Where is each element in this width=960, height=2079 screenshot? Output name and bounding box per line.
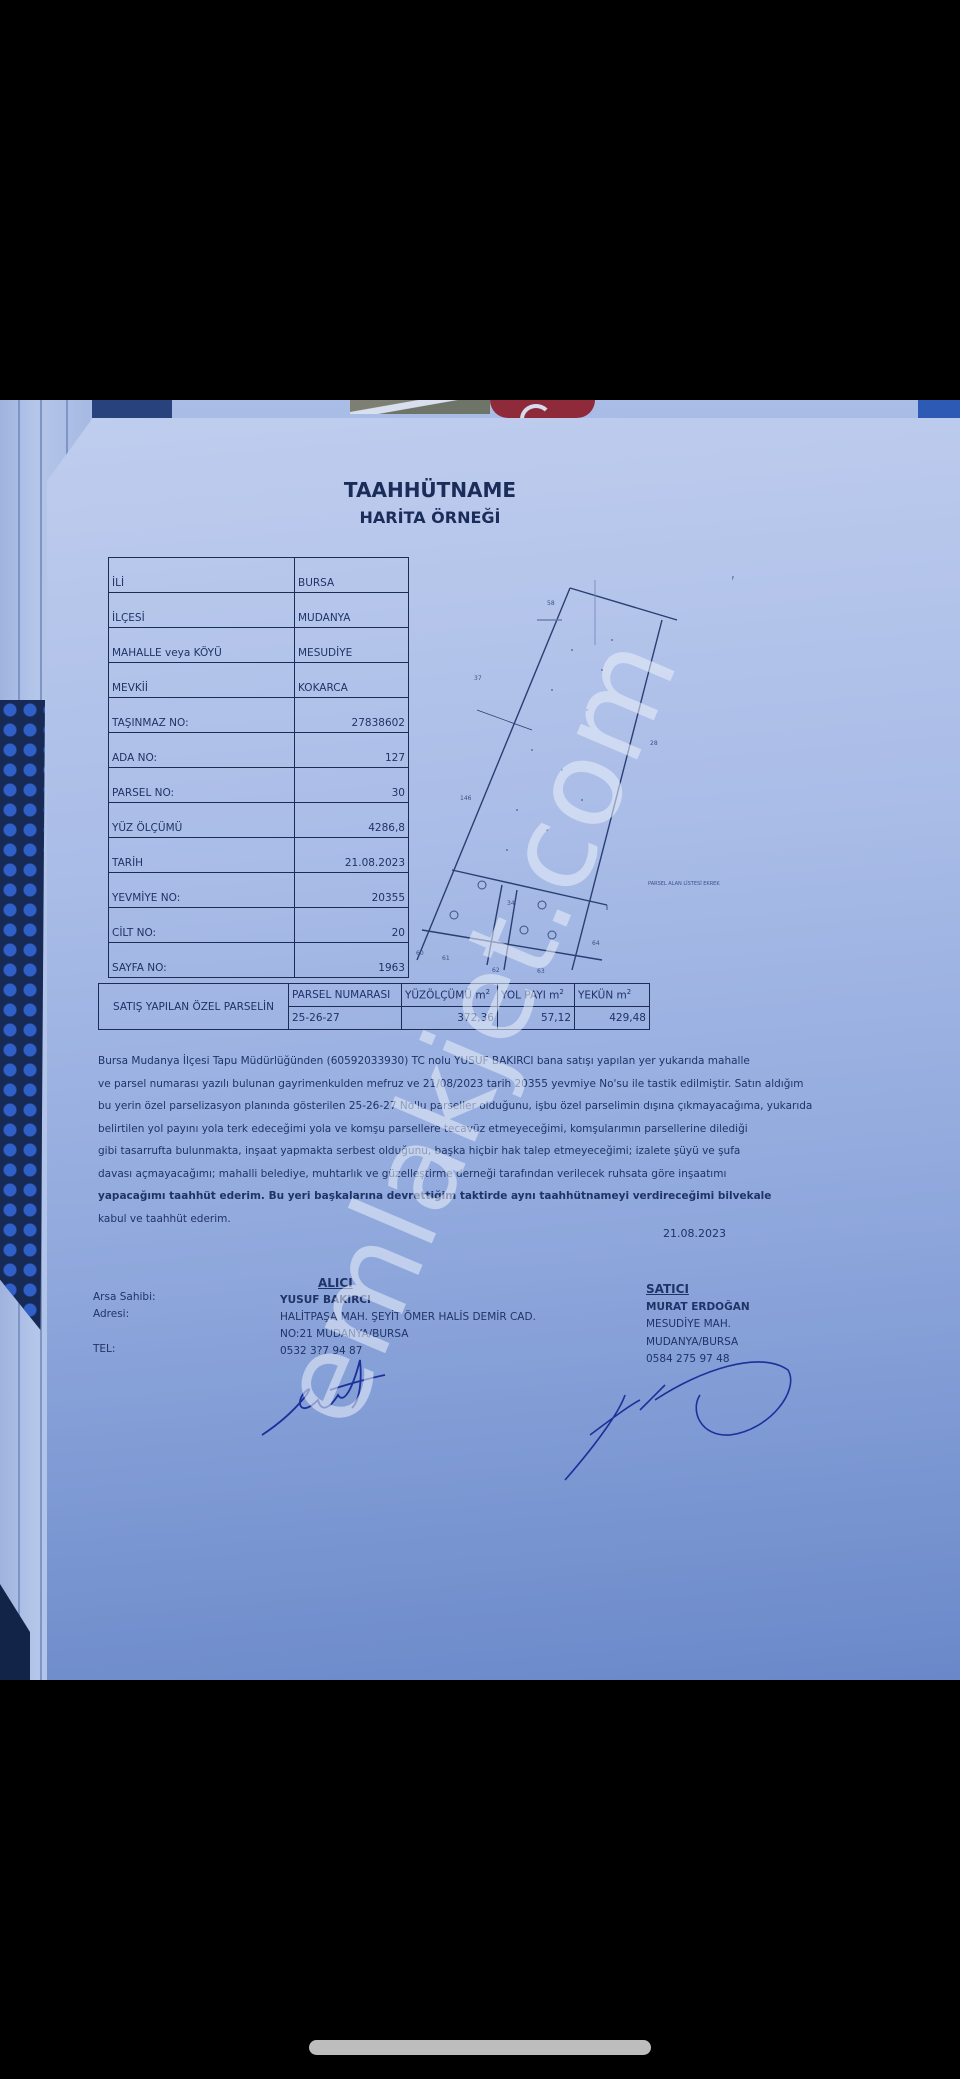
info-value: MUDANYA (295, 593, 409, 628)
background-tile (918, 400, 960, 418)
info-value: 27838602 (295, 698, 409, 733)
info-label: PARSEL NO: (109, 768, 295, 803)
info-value: 1963 (295, 943, 409, 978)
info-label: TARİH (109, 838, 295, 873)
svg-text:60: 60 (416, 950, 424, 957)
info-label: ADA NO: (109, 733, 295, 768)
patterned-fabric (0, 700, 45, 1330)
info-row: İLİBURSA (109, 558, 409, 593)
info-label: SAYFA NO: (109, 943, 295, 978)
info-row: PARSEL NO:30 (109, 768, 409, 803)
parcel-number-value: 25-26-27 (289, 1007, 402, 1030)
home-indicator[interactable] (309, 2040, 651, 2055)
info-value: 20355 (295, 873, 409, 908)
info-row: CİLT NO:20 (109, 908, 409, 943)
seller-address-line2: MUDANYA/BURSA (646, 1334, 750, 1352)
seller-name: MURAT ERDOĞAN (646, 1299, 750, 1317)
svg-text:N: N (732, 576, 734, 582)
svg-text:58: 58 (547, 600, 555, 607)
info-row: YÜZ ÖLÇÜMÜ4286,8 (109, 803, 409, 838)
info-value: 4286,8 (295, 803, 409, 838)
info-value: BURSA (295, 558, 409, 593)
seller-heading: SATICI (646, 1281, 750, 1299)
address-label: Adresi: (93, 1308, 129, 1320)
header-parcel-number: PARSEL NUMARASI (289, 984, 402, 1007)
info-value: MESUDİYE (295, 628, 409, 663)
red-crescent-logo (490, 400, 595, 418)
document-date: 21.08.2023 (663, 1227, 726, 1240)
info-row: İLÇESİMUDANYA (109, 593, 409, 628)
info-label: İLİ (109, 558, 295, 593)
svg-text:146: 146 (460, 795, 472, 802)
info-value: KOKARCA (295, 663, 409, 698)
seller-phone: 0584 275 97 48 (646, 1351, 750, 1369)
info-row: MAHALLE veya KÖYÜMESUDİYE (109, 628, 409, 663)
info-value: 21.08.2023 (295, 838, 409, 873)
info-row: MEVKİİKOKARCA (109, 663, 409, 698)
svg-text:37: 37 (474, 675, 482, 682)
info-row: YEVMİYE NO:20355 (109, 873, 409, 908)
tel-label: TEL: (93, 1343, 115, 1355)
info-value: 20 (295, 908, 409, 943)
seller-address-line1: MESUDİYE MAH. (646, 1316, 750, 1334)
info-label: MAHALLE veya KÖYÜ (109, 628, 295, 663)
info-row: TARİH21.08.2023 (109, 838, 409, 873)
background-object (350, 400, 490, 414)
info-label: CİLT NO: (109, 908, 295, 943)
info-label: YÜZ ÖLÇÜMÜ (109, 803, 295, 838)
info-label: TAŞINMAZ NO: (109, 698, 295, 733)
svg-text:64: 64 (592, 940, 600, 947)
seller-block: SATICI MURAT ERDOĞAN MESUDİYE MAH. MUDAN… (646, 1281, 750, 1369)
info-label: MEVKİİ (109, 663, 295, 698)
info-value: 127 (295, 733, 409, 768)
property-info-table: İLİBURSAİLÇESİMUDANYAMAHALLE veya KÖYÜME… (108, 557, 409, 978)
total-value: 429,48 (575, 1007, 650, 1030)
svg-text:PARSEL ALAN LİSTESİ EKREK: PARSEL ALAN LİSTESİ EKREK (648, 880, 720, 887)
sale-parcel-label: SATIŞ YAPILAN ÖZEL PARSELİN (99, 984, 289, 1030)
info-label: İLÇESİ (109, 593, 295, 628)
info-row: TAŞINMAZ NO:27838602 (109, 698, 409, 733)
info-row: ADA NO:127 (109, 733, 409, 768)
owner-label: Arsa Sahibi: (93, 1291, 156, 1303)
info-label: YEVMİYE NO: (109, 873, 295, 908)
document-subtitle: HARİTA ÖRNEĞİ (0, 508, 860, 527)
background-tile (92, 400, 172, 418)
info-value: 30 (295, 768, 409, 803)
document-title: TAAHHÜTNAME (0, 478, 860, 502)
header-total: YEKÜN m2 (575, 984, 650, 1007)
info-row: SAYFA NO:1963 (109, 943, 409, 978)
